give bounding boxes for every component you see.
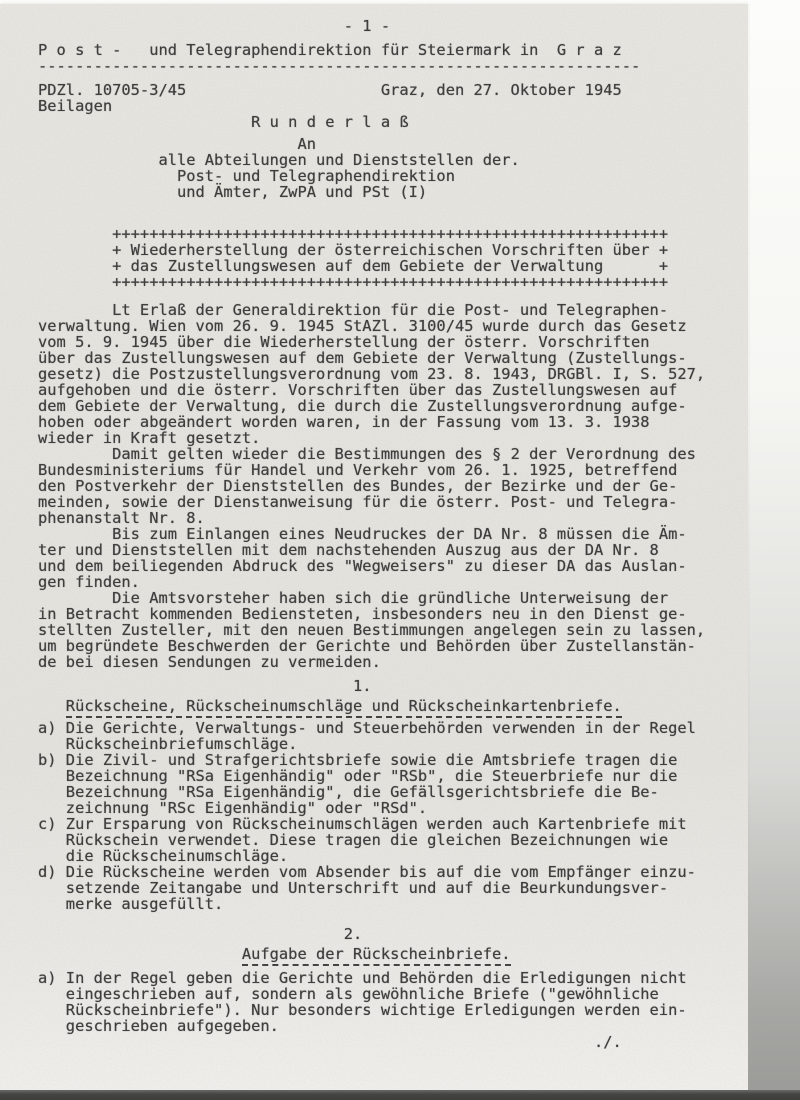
address-line-1: alle Abteilungen und Dienststellen der. (158, 152, 738, 168)
text-line: zeichnung "RSc Eigenhändig" oder "RSd". (66, 800, 738, 816)
text-line: aufgehoben und die österr. Vorschriften … (38, 382, 738, 398)
text-line: Bezeichnung "RSa Eigenhändig", die Gefäl… (66, 784, 738, 800)
text-line: um begründete Beschwerden der Gerichte u… (38, 638, 738, 654)
text-line: gesetz) die Postzustellungsverordnung vo… (38, 366, 738, 382)
body-paragraph-2: Damit gelten wieder die Bestimmungen des… (38, 446, 738, 526)
list-item-text: In der Regel geben die Gerichte und Behö… (66, 970, 738, 1034)
list-item-text: Die Zivil- und Strafgerichtsbriefe sowie… (66, 752, 738, 816)
text-line: merke ausgefüllt. (66, 896, 738, 912)
text-line: und dem beiliegenden Abdruck des "Wegwei… (38, 558, 738, 574)
list-item-2a: a) In der Regel geben die Gerichte und B… (38, 970, 738, 1034)
list-item-1c: c) Zur Ersparung von Rückscheinumschläge… (38, 816, 738, 864)
circular-title: R u n d e r l a ß (251, 114, 738, 130)
text-line: In der Regel geben die Gerichte und Behö… (66, 970, 738, 986)
address-line-3: und Ämter, ZwPA und PSt (I) (177, 184, 738, 200)
reference-line: PDZl. 10705-3/45Graz, den 27. Oktober 19… (38, 82, 738, 98)
enclosures-label: Beilagen (38, 98, 738, 114)
text-line: geschrieben aufgegeben. (66, 1018, 738, 1034)
continuation-mark: ./. (594, 1034, 738, 1050)
section-2-number: 2. (344, 926, 738, 942)
text-line: Die Rückscheine werden vom Absender bis … (66, 864, 738, 880)
list-item-1a: a) Die Gerichte, Verwaltungs- und Steuer… (38, 720, 738, 752)
text-line: phenanstalt Nr. 8. (38, 510, 738, 526)
list-item-label: c) (38, 816, 66, 832)
list-item-label: a) (38, 720, 66, 736)
list-item-label: a) (38, 970, 66, 986)
text-line: + Wiederherstellung der österreichischen… (112, 242, 738, 258)
body-paragraph-3: Bis zum Einlangen eines Neudruckes der D… (38, 526, 738, 590)
text-line: hoben oder abgeändert worden waren, in d… (38, 414, 738, 430)
list-item-text: Die Gerichte, Verwaltungs- und Steuerbeh… (66, 720, 738, 752)
document-page: - 1 - P o s t - und Telegraphendirektion… (38, 18, 738, 1050)
text-line: Bis zum Einlangen eines Neudruckes der D… (38, 526, 738, 542)
text-line: wieder in Kraft gesetzt. (38, 430, 738, 446)
text-line: verwaltung. Wien vom 26. 9. 1945 StAZl. … (38, 318, 738, 334)
text-line: dem Gebiete der Verwaltung, die durch di… (38, 398, 738, 414)
text-line: die Rückscheinumschläge. (66, 848, 738, 864)
text-line: Die Gerichte, Verwaltungs- und Steuerbeh… (66, 720, 738, 736)
address-text: und Ämter, ZwPA und PSt (I) (177, 183, 427, 201)
body-paragraph-4: Die Amtsvorsteher haben sich die gründli… (38, 590, 738, 670)
text-line: Rückscheinbriefumschläge. (66, 736, 738, 752)
reference-number: PDZl. 10705-3/45 (38, 82, 381, 98)
text-line: vom 5. 9. 1945 über die Wiederherstellun… (38, 334, 738, 350)
section-1-number: 1. (353, 678, 738, 694)
text-line: Rückscheinbriefe"). Nur besonders wichti… (66, 1002, 738, 1018)
text-line: setzende Zeitangabe und Unterschrift und… (66, 880, 738, 896)
list-item-text: Die Rückscheine werden vom Absender bis … (66, 864, 738, 912)
page-number: - 1 - (344, 18, 738, 34)
section-1-heading-text: Rückscheine, Rückscheinumschläge und Rüc… (66, 697, 622, 718)
scanner-margin (748, 0, 800, 1100)
text-line: gen finden. (38, 574, 738, 590)
text-line: Damit gelten wieder die Bestimmungen des… (38, 446, 738, 462)
place-date: Graz, den 27. Oktober 1945 (381, 81, 622, 99)
address-salutation: An (297, 136, 738, 152)
list-item-text: Zur Ersparung von Rückscheinumschlägen w… (66, 816, 738, 864)
text-line: Die Zivil- und Strafgerichtsbriefe sowie… (66, 752, 738, 768)
text-line: Bundesministeriums für Handel und Verkeh… (38, 462, 738, 478)
text-line: über das Zustellungswesen auf dem Gebiet… (38, 350, 738, 366)
list-item-label: d) (38, 864, 66, 880)
letterhead-title: P o s t - und Telegraphendirektion für S… (38, 42, 738, 58)
text-line: eingeschrieben auf, sondern als gewöhnli… (66, 986, 738, 1002)
text-line: Die Amtsvorsteher haben sich die gründli… (38, 590, 738, 606)
text-line: Zur Ersparung von Rückscheinumschlägen w… (66, 816, 738, 832)
list-item-1d: d) Die Rückscheine werden vom Absender b… (38, 864, 738, 912)
list-item-label: b) (38, 752, 66, 768)
text-line: de bei diesen Sendungen zu vermeiden. (38, 654, 738, 670)
body-paragraph-1: Lt Erlaß der Generaldirektion für die Po… (38, 302, 738, 446)
text-line: stellten Zusteller, mit den neuen Bestim… (38, 622, 738, 638)
text-line: ++++++++++++++++++++++++++++++++++++++++… (112, 274, 738, 290)
text-line: meinden, sowie der Dienstanweisung für d… (38, 494, 738, 510)
text-line: Rückschein verwendet. Diese tragen die g… (66, 832, 738, 848)
text-line: Lt Erlaß der Generaldirektion für die Po… (38, 302, 738, 318)
text-line: Bezeichnung "RSa Eigenhändig" oder "RSb"… (66, 768, 738, 784)
scanner-edge-bar (0, 1090, 800, 1100)
text-line: in Betracht kommenden Bediensteten, insb… (38, 606, 738, 622)
section-2-heading: Aufgabe der Rückscheinbriefe. (242, 946, 738, 962)
subject-box: ++++++++++++++++++++++++++++++++++++++++… (112, 226, 738, 290)
section-1-heading: Rückscheine, Rückscheinumschläge und Rüc… (66, 698, 738, 714)
letterhead-rule: ----------------------------------------… (38, 58, 738, 74)
text-line: ++++++++++++++++++++++++++++++++++++++++… (112, 226, 738, 242)
address-line-2: Post- und Telegraphendirektion (177, 168, 738, 184)
text-line: ter und Dienststellen mit dem nachstehen… (38, 542, 738, 558)
text-line: + das Zustellungswesen auf dem Gebiete d… (112, 258, 738, 274)
list-item-1b: b) Die Zivil- und Strafgerichtsbriefe so… (38, 752, 738, 816)
text-line: den Postverkehr der Dienststellen des Bu… (38, 478, 738, 494)
section-2-heading-text: Aufgabe der Rückscheinbriefe. (242, 945, 511, 966)
